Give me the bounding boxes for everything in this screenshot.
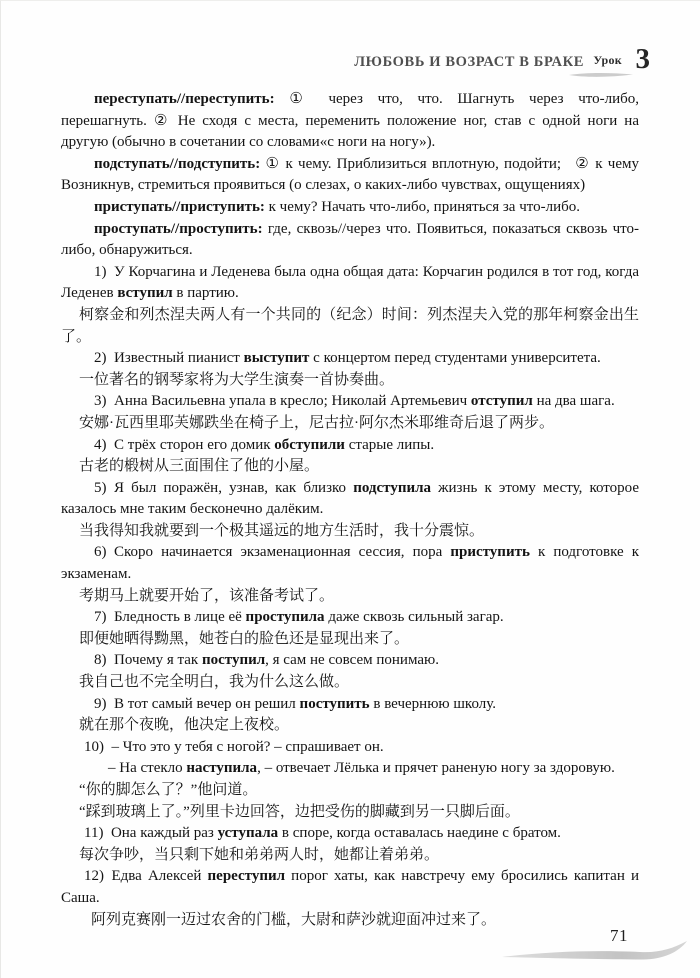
text-run: 6) Скоро начинается экзаменационная сесс… xyxy=(94,544,450,560)
highlighted-word: выступит xyxy=(244,350,310,366)
paragraph: 即便她晒得黝黑，她苍白的脸色还是显现出来了。 xyxy=(61,629,639,651)
highlighted-word: поступил xyxy=(202,652,265,668)
paragraph: 安娜·瓦西里耶芙娜跌坐在椅子上，尼古拉·阿尔杰米耶维奇后退了两步。 xyxy=(61,413,639,435)
text-run: 11) Она каждый раз xyxy=(84,825,218,841)
highlighted-word: отступил xyxy=(471,393,533,409)
paragraph: проступать//проступить: где, сквозь//чер… xyxy=(61,219,639,262)
text-run: с концертом перед студентами университет… xyxy=(309,350,600,366)
paragraph: 8) Почему я так поступил, я сам не совсе… xyxy=(61,650,639,672)
text-run: 10) – Что это у тебя с ногой? – спрашива… xyxy=(84,739,384,755)
paragraph: 柯察金和列杰涅夫两人有一个共同的（纪念）时间：列杰涅夫入党的那年柯察金出生了。 xyxy=(61,305,639,348)
paragraph: 4) С трёх сторон его домик обступили ста… xyxy=(61,435,639,457)
paragraph: переступать//переступить: ① через что, ч… xyxy=(61,89,639,154)
page-header: ЛЮБОВЬ И ВОЗРАСТ В БРАКЕ Урок 3 xyxy=(61,47,680,81)
paragraph: 11) Она каждый раз уступала в споре, ког… xyxy=(61,823,639,845)
text-run: 4) С трёх сторон его домик xyxy=(94,437,274,453)
swoosh-flourish-icon xyxy=(500,940,690,964)
text-run: 5) Я был поражён, узнав, как близко xyxy=(94,480,353,496)
text-run: 9) В тот самый вечер он решил xyxy=(94,696,300,712)
text-run: 当我得知我就要到一个极其遥远的地方生活时，我十分震惊。 xyxy=(79,523,484,539)
paragraph: 古老的椴树从三面围住了他的小屋。 xyxy=(61,456,639,478)
text-run: 柯察金和列杰涅夫两人有一个共同的（纪念）时间：列杰涅夫入党的那年柯察金出生了。 xyxy=(61,307,639,345)
lesson-badge: Урок 3 xyxy=(586,47,664,81)
paragraph: 考期马上就要开始了，该准备考试了。 xyxy=(61,586,639,608)
highlighted-word: обступили xyxy=(274,437,345,453)
text-run: 安娜·瓦西里耶芙娜跌坐在椅子上，尼古拉·阿尔杰米耶维奇后退了两步。 xyxy=(79,415,554,431)
text-run: 考期马上就要开始了，该准备考试了。 xyxy=(79,588,334,604)
paragraph: 3) Анна Васильевна упала в кресло; Никол… xyxy=(61,391,639,413)
paragraph: 2) Известный пианист выступит с концерто… xyxy=(61,348,639,370)
paragraph: 5) Я был поражён, узнав, как близко подс… xyxy=(61,478,639,521)
paragraph: 每次争吵，当只剩下她和弟弟两人时，她都让着弟弟。 xyxy=(61,845,639,867)
text-run: , я сам не совсем понимаю. xyxy=(265,652,439,668)
text-run: 7) Бледность в лице её xyxy=(94,609,246,625)
text-run: “你的脚怎么了？”他问道。 xyxy=(79,782,257,798)
paragraph: 就在那个夜晚，他决定上夜校。 xyxy=(61,715,639,737)
highlighted-word: подступила xyxy=(353,480,431,496)
paragraph: 12) Едва Алексей переступил порог хаты, … xyxy=(61,866,639,909)
highlighted-word: проступила xyxy=(246,609,325,625)
text-run: старые липы. xyxy=(345,437,434,453)
highlighted-word: уступала xyxy=(218,825,279,841)
text-run: 即便她晒得黝黑，她苍白的脸色还是显现出来了。 xyxy=(79,631,409,647)
text-run: 我自己也不完全明白，我为什么这么做。 xyxy=(79,674,349,690)
highlighted-word: проступать//проступить: xyxy=(94,221,268,237)
paragraph: 10) – Что это у тебя с ногой? – спрашива… xyxy=(61,737,639,759)
text-run: 一位著名的钢琴家将为大学生演奏一首协奏曲。 xyxy=(79,372,394,388)
text-run: в споре, когда оставалась наедине с брат… xyxy=(278,825,561,841)
highlighted-word: приступить xyxy=(450,544,530,560)
paragraph: 9) В тот самый вечер он решил поступить … xyxy=(61,694,639,716)
paragraph: 6) Скоро начинается экзаменационная сесс… xyxy=(61,542,639,585)
text-run: даже сквозь сильный загар. xyxy=(325,609,504,625)
text-run: 8) Почему я так xyxy=(94,652,202,668)
chapter-title: ЛЮБОВЬ И ВОЗРАСТ В БРАКЕ xyxy=(354,54,584,71)
lesson-number: 3 xyxy=(636,43,651,76)
highlighted-word: приступать//приступить: xyxy=(94,199,269,215)
paragraph: приступать//приступить: к чему? Начать ч… xyxy=(61,197,639,219)
paragraph: 1) У Корчагина и Леденева была одна обща… xyxy=(61,262,639,305)
paragraph: 当我得知我就要到一个极其遥远的地方生活时，我十分震惊。 xyxy=(61,521,639,543)
highlighted-word: подступать//подступить: xyxy=(94,156,265,172)
highlighted-word: переступил xyxy=(208,868,286,884)
text-run: к чему? Начать что-либо, приняться за чт… xyxy=(269,199,580,215)
text-run: , – отвечает Лёлька и прячет раненую ног… xyxy=(257,760,615,776)
text-run: 古老的椴树从三面围住了他的小屋。 xyxy=(79,458,319,474)
text-run: в партию. xyxy=(173,285,239,301)
highlighted-word: переступать//переступить: xyxy=(94,91,289,107)
text-run: 2) Известный пианист xyxy=(94,350,244,366)
text-run: 阿列克赛刚一迈过农舍的门槛，大尉和萨沙就迎面冲过来了。 xyxy=(91,912,496,928)
highlighted-word: вступил xyxy=(117,285,172,301)
highlighted-word: наступила xyxy=(186,760,257,776)
paragraph: 阿列克赛刚一迈过农舍的门槛，大尉和萨沙就迎面冲过来了。 xyxy=(61,910,639,932)
highlighted-word: поступить xyxy=(300,696,370,712)
text-run: в вечернюю школу. xyxy=(370,696,496,712)
text-run: 12) Едва Алексей xyxy=(84,868,208,884)
text-run: 每次争吵，当只剩下她和弟弟两人时，她都让着弟弟。 xyxy=(79,847,439,863)
paragraph: подступать//подступить: ① к чему. Прибли… xyxy=(61,154,639,197)
text-run: на два шага. xyxy=(533,393,615,409)
lesson-label: Урок xyxy=(593,53,622,68)
textbook-page: ЛЮБОВЬ И ВОЗРАСТ В БРАКЕ Урок 3 переступ… xyxy=(0,0,700,978)
text-run: “踩到玻璃上了。”列里卡边回答，边把受伤的脚藏到另一只脚后面。 xyxy=(79,804,520,820)
text-run: – На стекло xyxy=(108,760,186,776)
paragraph: 7) Бледность в лице её проступила даже с… xyxy=(61,607,639,629)
paragraph: “你的脚怎么了？”他问道。 xyxy=(61,780,639,802)
paragraph: “踩到玻璃上了。”列里卡边回答，边把受伤的脚藏到另一只脚后面。 xyxy=(61,802,639,824)
paragraph: – На стекло наступила, – отвечает Лёлька… xyxy=(61,758,639,780)
paragraph: 我自己也不完全明白，我为什么这么做。 xyxy=(61,672,639,694)
text-run: 就在那个夜晚，他决定上夜校。 xyxy=(79,717,289,733)
text-run: 3) Анна Васильевна упала в кресло; Никол… xyxy=(94,393,471,409)
paragraph: 一位著名的钢琴家将为大学生演奏一首协奏曲。 xyxy=(61,370,639,392)
document-body: переступать//переступить: ① через что, ч… xyxy=(61,89,639,931)
swoosh-underline-icon xyxy=(568,69,634,79)
